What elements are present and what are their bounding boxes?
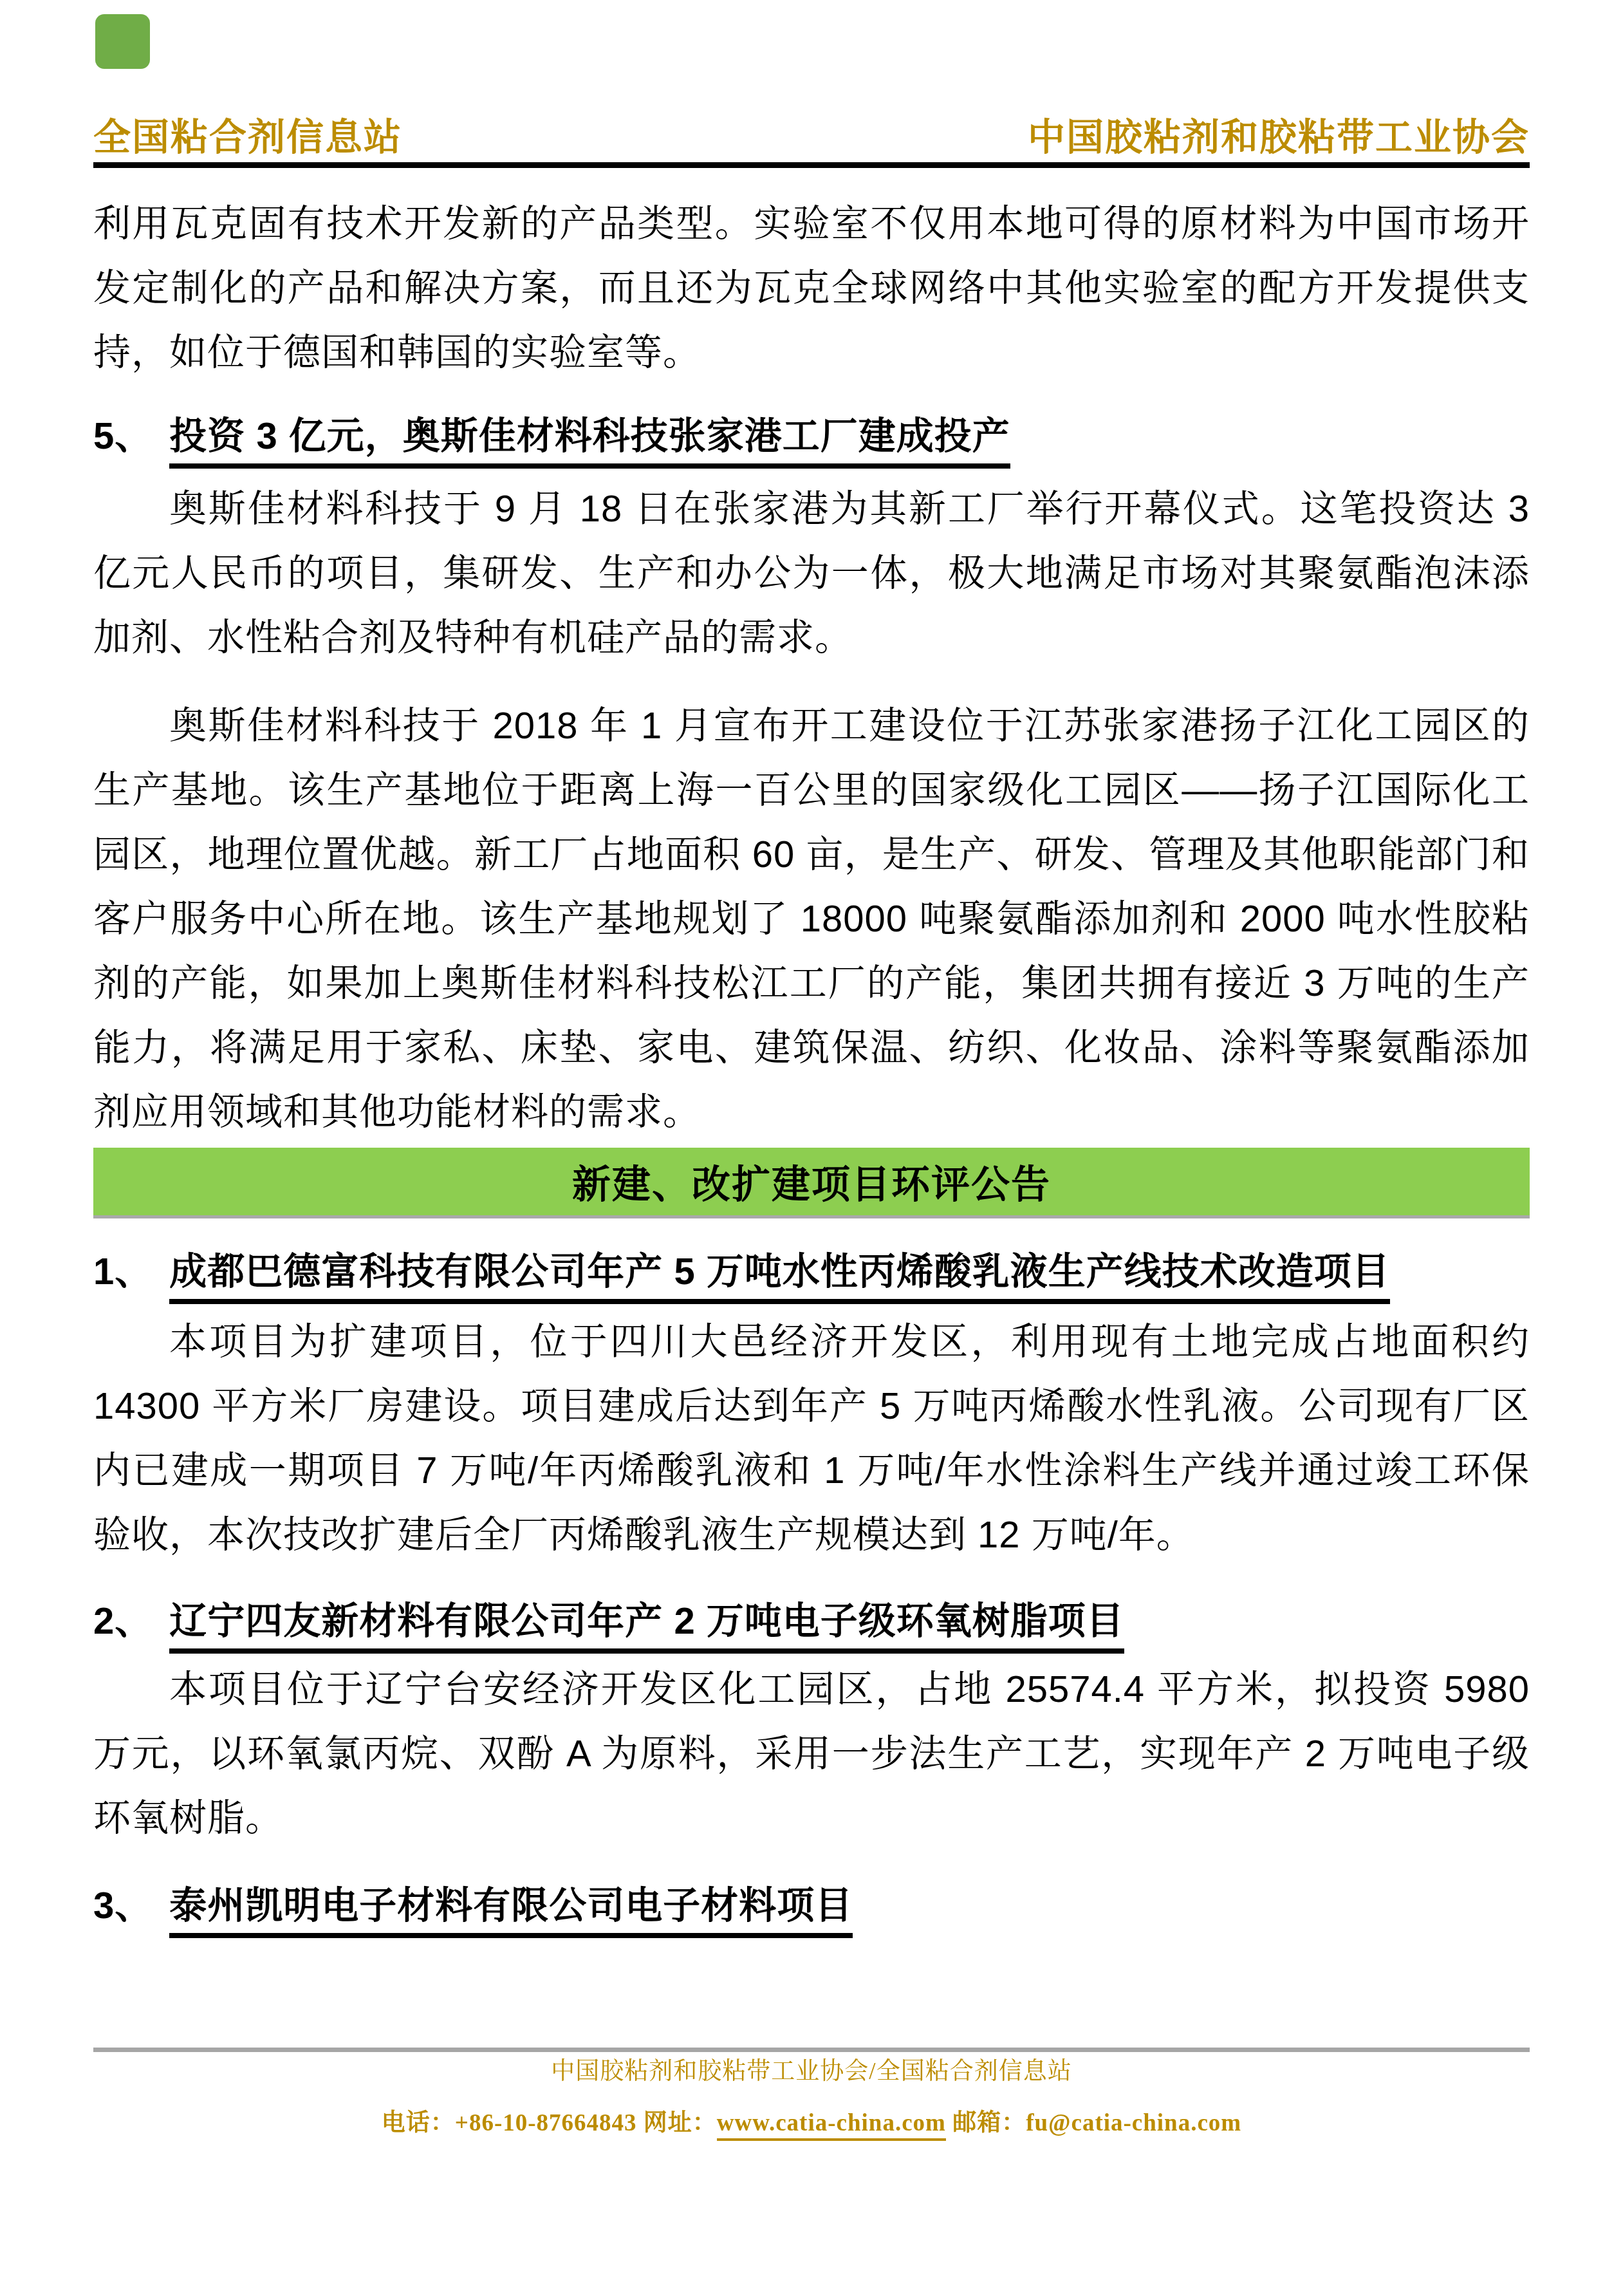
item-2-paragraph: 本项目位于辽宁台安经济开发区化工园区，占地 25574.4 平方米，拟投资 59… <box>93 1657 1530 1851</box>
footer-email: 邮箱：fu@catia-china.com <box>946 2110 1241 2136</box>
document-page: 全国粘合剂信息站 中国胶粘剂和胶粘带工业协会 利用瓦克固有技术开发新的产品类型。… <box>0 0 1623 2296</box>
header-left-title: 全国粘合剂信息站 <box>93 117 402 158</box>
green-square-logo <box>95 14 150 69</box>
item-2-heading: 2、辽宁四友新材料有限公司年产 2 万吨电子级环氧树脂项目 <box>93 1601 1530 1642</box>
intro-paragraph: 利用瓦克固有技术开发新的产品类型。实验室不仅用本地可得的原材料为中国市场开发定制… <box>93 192 1530 385</box>
item-1-number: 1、 <box>93 1251 169 1293</box>
banner-title: 新建、改扩建项目环评公告 <box>572 1154 1051 1209</box>
item-1-paragraph: 本项目为扩建项目，位于四川大邑经济开发区，利用现有土地完成占地面积约 14300… <box>93 1310 1530 1567</box>
env-announcement-banner: 新建、改扩建项目环评公告 <box>93 1148 1530 1218</box>
section-5-paragraph-1: 奥斯佳材料科技于 9 月 18 日在张家港为其新工厂举行开幕仪式。这笔投资达 3… <box>93 477 1530 670</box>
page-header: 全国粘合剂信息站 中国胶粘剂和胶粘带工业协会 <box>93 117 1530 158</box>
section-5-paragraph-2: 奥斯佳材料科技于 2018 年 1 月宣布开工建设位于江苏张家港扬子江化工园区的… <box>93 694 1530 1144</box>
item-3-title: 泰州凯明电子材料有限公司电子材料项目 <box>169 1885 853 1938</box>
footer-org-line: 中国胶粘剂和胶粘带工业协会/全国粘合剂信息站 <box>93 2057 1530 2087</box>
footer-phone-and-web-label: 电话：+86-10-87664843 网址： <box>382 2110 717 2136</box>
item-3-heading: 3、泰州凯明电子材料有限公司电子材料项目 <box>93 1885 1530 1927</box>
item-1-title: 成都巴德富科技有限公司年产 5 万吨水性丙烯酸乳液生产线技术改造项目 <box>169 1251 1390 1304</box>
item-3-number: 3、 <box>93 1885 169 1927</box>
section-5-heading: 5、投资 3 亿元，奥斯佳材料科技张家港工厂建成投产 <box>93 416 1530 457</box>
header-right-title: 中国胶粘剂和胶粘带工业协会 <box>1028 117 1530 158</box>
section-5-title: 投资 3 亿元，奥斯佳材料科技张家港工厂建成投产 <box>169 415 1010 469</box>
item-2-number: 2、 <box>93 1600 169 1642</box>
item-2-title: 辽宁四友新材料有限公司年产 2 万吨电子级环氧树脂项目 <box>169 1600 1124 1654</box>
item-1-heading: 1、成都巴德富科技有限公司年产 5 万吨水性丙烯酸乳液生产线技术改造项目 <box>93 1251 1530 1293</box>
website-link[interactable]: www.catia-china.com <box>717 2110 946 2141</box>
footer-divider <box>93 2048 1530 2052</box>
footer-contact-line: 电话：+86-10-87664843 网址：www.catia-china.co… <box>93 2109 1530 2138</box>
header-divider <box>93 162 1530 168</box>
section-5-number: 5、 <box>93 415 169 457</box>
